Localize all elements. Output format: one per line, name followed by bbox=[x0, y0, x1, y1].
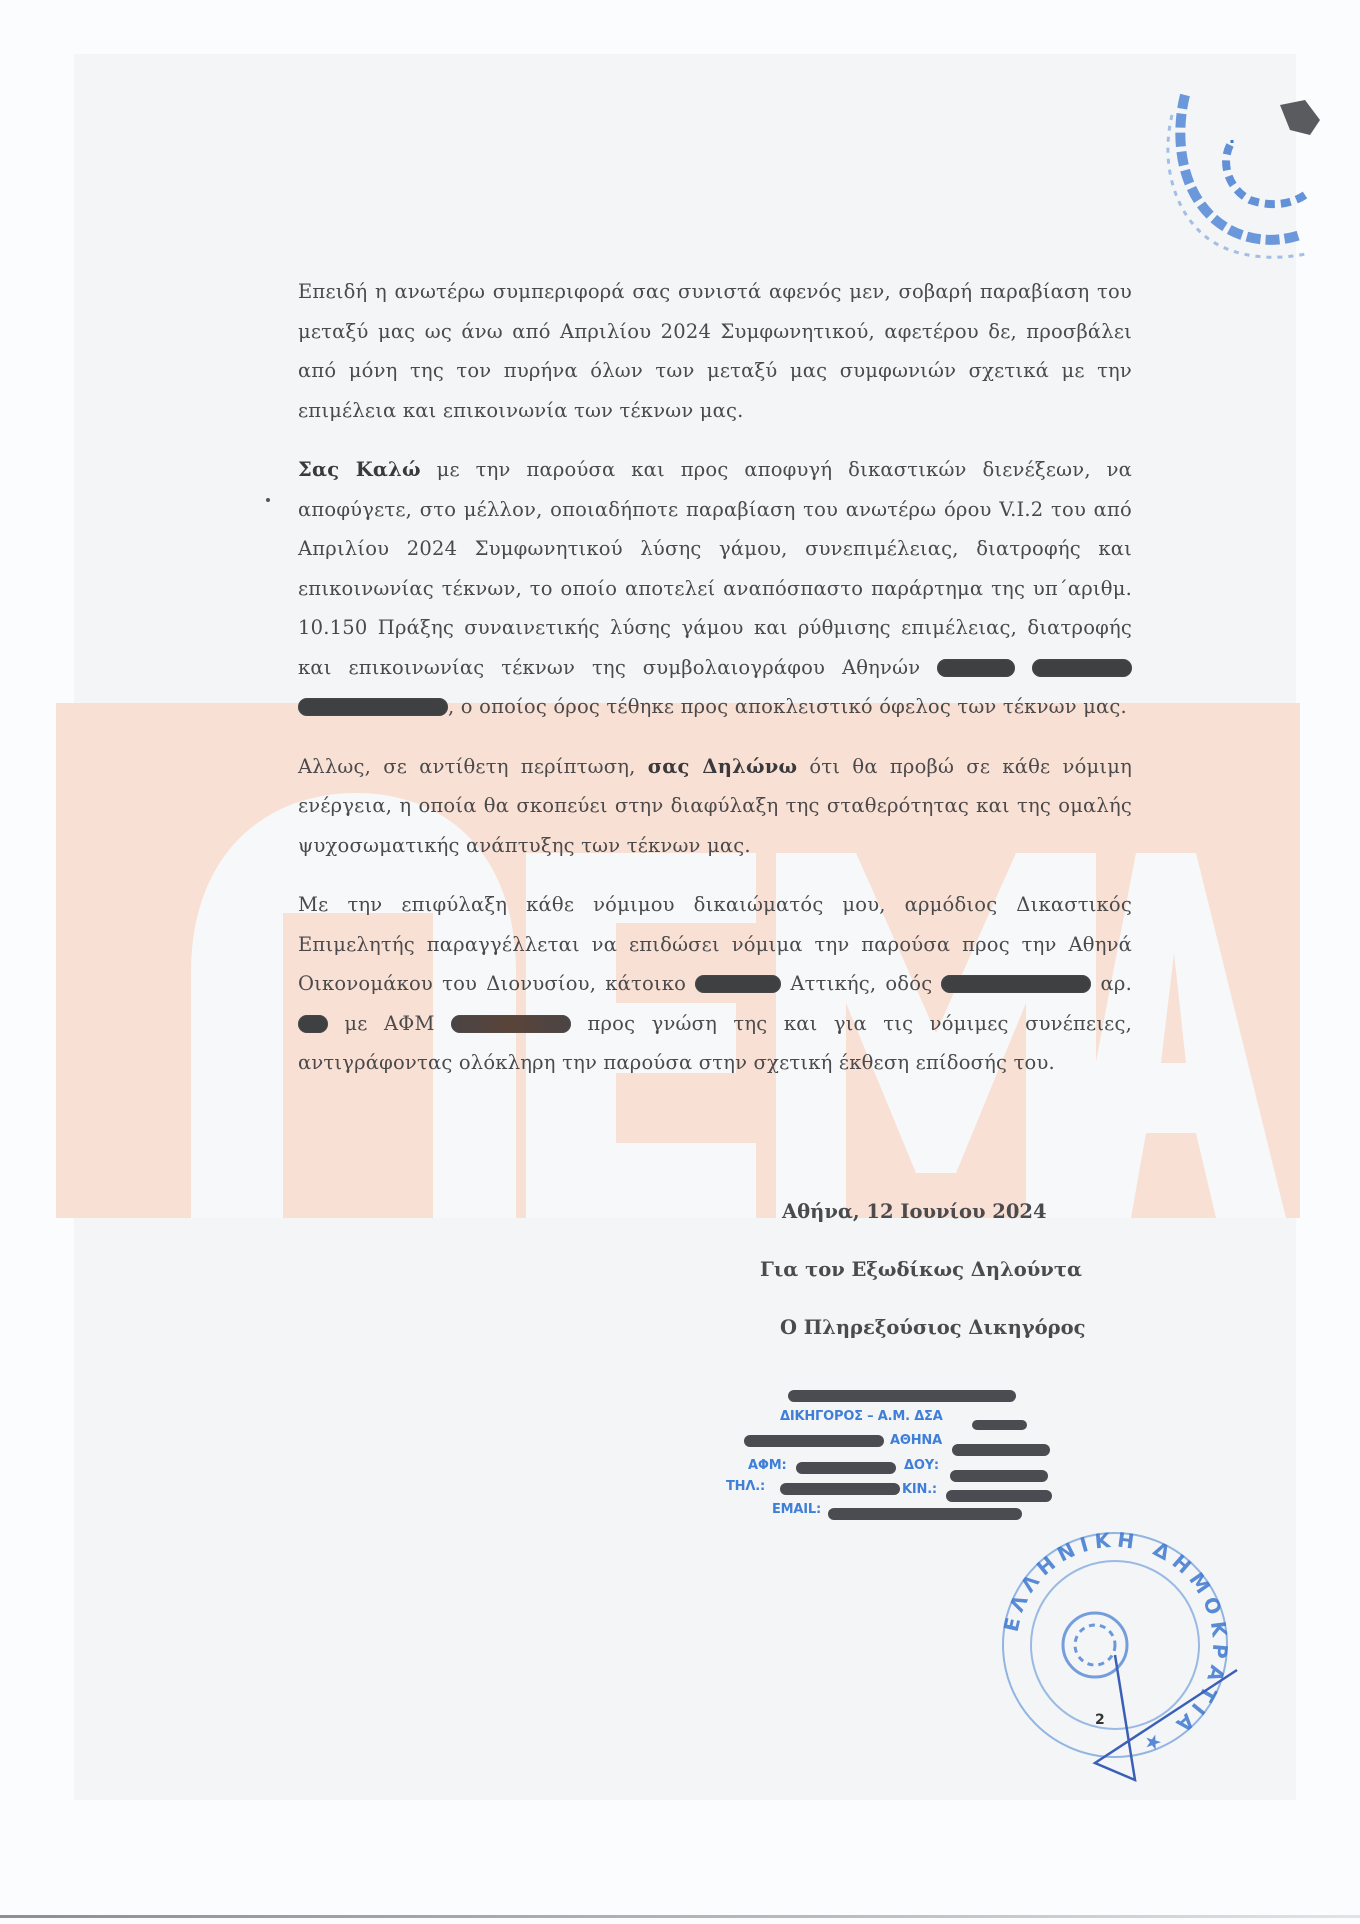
stamp-doy-label: ΔΟΥ: bbox=[904, 1458, 939, 1473]
redaction-bar bbox=[946, 1490, 1052, 1502]
redaction-bar bbox=[788, 1390, 1016, 1402]
stamp-line-2: ΑΘΗΝΑ bbox=[890, 1433, 942, 1448]
residence-redacted bbox=[695, 975, 781, 993]
redaction-bar bbox=[796, 1462, 896, 1474]
official-seal-icon: ΕΛΛΗΝΙΚΗ ΔΗΜΟΚΡΑΤΙΑ ★ bbox=[975, 1505, 1255, 1785]
letter-body: Επειδή η ανωτέρω συμπεριφορά σας συνιστά… bbox=[298, 272, 1132, 1103]
redaction-bar bbox=[744, 1435, 884, 1447]
text-run: Επειδή η ανωτέρω συμπεριφορά σας συνιστά… bbox=[298, 280, 1132, 422]
emphasis: σας Δηλώνω bbox=[648, 755, 798, 778]
redaction-bar bbox=[950, 1470, 1048, 1482]
notary-surname-redacted bbox=[1032, 659, 1132, 677]
paragraph-1: Επειδή η ανωτέρω συμπεριφορά σας συνιστά… bbox=[298, 272, 1132, 430]
emphasis: Σας Καλώ bbox=[298, 458, 421, 481]
tax-id-redacted bbox=[451, 1015, 571, 1033]
partial-stamp-icon bbox=[1160, 75, 1320, 265]
paragraph-3: Αλλως, σε αντίθετη περίπτωση, σας Δηλώνω… bbox=[298, 747, 1132, 866]
street-redacted bbox=[941, 975, 1091, 993]
text-run: με την παρούσα και προς αποφυγή δικαστικ… bbox=[298, 458, 1132, 679]
stamp-email-label: EMAIL: bbox=[772, 1502, 821, 1517]
text-run: Αλλως, σε αντίθετη περίπτωση, bbox=[298, 755, 648, 778]
stamp-mobile-label: ΚΙΝ.: bbox=[902, 1482, 937, 1497]
text-run: , ο οποίος όρος τέθηκε προς αποκλειστικό… bbox=[448, 695, 1127, 718]
stamp-line-1: ΔΙΚΗΓΟΡΟΣ – Α.Μ. ΔΣΑ bbox=[780, 1409, 943, 1424]
scan-edge bbox=[0, 1915, 1360, 1918]
lawyer-role: Ο Πληρεξούσιος Δικηγόρος bbox=[780, 1316, 1086, 1339]
street-number-redacted bbox=[298, 1015, 328, 1033]
paragraph-4: Με την επιφύλαξη κάθε νόμιμου δικαιώματό… bbox=[298, 885, 1132, 1083]
place-date: Αθήνα, 12 Ιουνίου 2024 bbox=[782, 1200, 1047, 1223]
stray-mark bbox=[266, 498, 270, 502]
text-run: αρ. bbox=[1091, 972, 1132, 995]
on-behalf-line: Για τον Εξωδίκως Δηλούντα bbox=[760, 1258, 1082, 1281]
text-run: Αττικής, οδός bbox=[781, 972, 941, 995]
redaction-bar bbox=[952, 1444, 1050, 1456]
page-number: 2 bbox=[1095, 1712, 1105, 1728]
redaction-bar bbox=[780, 1483, 900, 1495]
lawyer-stamp: ΔΙΚΗΓΟΡΟΣ – Α.Μ. ΔΣΑ ΑΘΗΝΑ ΑΦΜ: ΔΟΥ: ΤΗΛ… bbox=[720, 1378, 1050, 1518]
notary-name-redacted bbox=[937, 659, 1015, 677]
notary-surname-redacted-2 bbox=[298, 698, 448, 716]
stamp-tel-label: ΤΗΛ.: bbox=[726, 1479, 765, 1494]
paragraph-2: Σας Καλώ με την παρούσα και προς αποφυγή… bbox=[298, 450, 1132, 727]
stamp-afm-label: ΑΦΜ: bbox=[748, 1458, 786, 1473]
redaction-bar bbox=[972, 1420, 1027, 1430]
text-run: με ΑΦΜ bbox=[328, 1012, 451, 1035]
text-run bbox=[1015, 656, 1032, 679]
